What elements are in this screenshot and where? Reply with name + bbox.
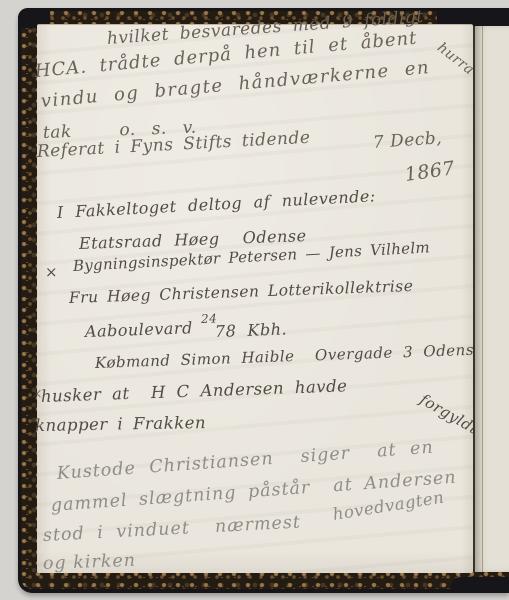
cover-corner-bottom-right [451,577,509,593]
cross-marker: × [45,265,58,280]
manuscript-line-address-number: 78 Kbh. [215,321,288,340]
date-decb: 7 Decb, [372,130,442,152]
photo-background: hvilket besvaredes med 9 foldigt hurra H… [0,0,509,600]
manuscript-line: Købmand Simon Haible Overgade 3 Odense [95,342,484,371]
notebook: hvilket besvaredes med 9 foldigt hurra H… [18,8,509,593]
facing-page-edge [473,26,509,572]
manuscript-line: knapper i Frakken [35,415,206,434]
pencil-line: stod i vinduet nærmest [43,514,302,545]
trailing-word-hurra: hurra [435,40,477,77]
manuscript-line-address: Aaboulevard [85,320,193,340]
manuscript-line-andersen: husker at H C Andersen havde [41,378,348,405]
pencil-line: og kirken [43,553,137,574]
manuscript-page: hvilket besvaredes med 9 foldigt hurra H… [37,24,473,573]
year-1867: 1867 [404,159,457,185]
manuscript-line-fakkeltoget: I Fakkeltoget deltog af nulevende: [57,188,377,221]
manuscript-line: Fru Høeg Christensen Lotterikollektrise [69,279,414,307]
